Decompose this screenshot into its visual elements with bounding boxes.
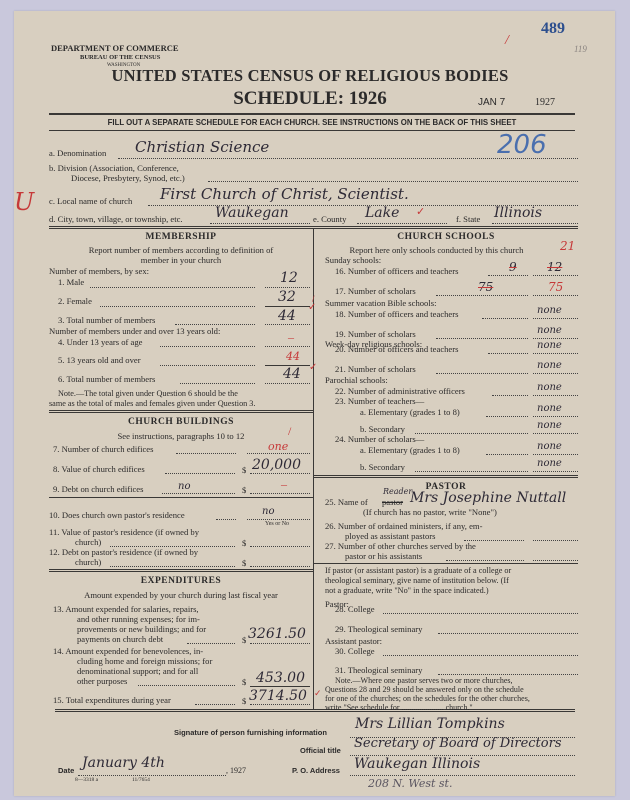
summer-schools-heading: Summer vacation Bible schools: bbox=[325, 298, 436, 308]
church-name-label: c. Local name of church bbox=[49, 196, 132, 206]
q21-leader bbox=[436, 373, 528, 374]
instruction-banner: FILL OUT A SEPARATE SCHEDULE FOR EACH CH… bbox=[70, 117, 554, 127]
q1-male-value[interactable]: 12 bbox=[280, 270, 298, 286]
q27-line[interactable] bbox=[533, 560, 578, 561]
q17-value[interactable]: 75 bbox=[548, 280, 563, 294]
q16-value[interactable]: 12 bbox=[547, 260, 562, 274]
q3-line bbox=[265, 324, 310, 325]
q19-line bbox=[533, 338, 578, 339]
q27-label-cont: pastor or his assistants bbox=[345, 551, 422, 561]
official-title-label: Official title bbox=[300, 746, 341, 755]
membership-title: MEMBERSHIP bbox=[49, 232, 313, 242]
q17-struck-value: 75 bbox=[478, 280, 493, 294]
state-line bbox=[492, 223, 578, 224]
church-name-value[interactable]: First Church of Christ, Scientist. bbox=[160, 185, 409, 203]
q6-leader bbox=[180, 383, 255, 384]
po-address-value[interactable]: Waukegan Illinois bbox=[354, 756, 480, 772]
q15-line bbox=[250, 704, 310, 705]
q10-leader bbox=[216, 519, 236, 520]
q23a-leader bbox=[486, 416, 528, 417]
q27-leader bbox=[446, 560, 524, 561]
section-rule-top bbox=[49, 226, 578, 227]
q25-label: 25. Name of bbox=[325, 497, 368, 507]
city-value[interactable]: Waukegan bbox=[215, 205, 289, 221]
q12-label-cont: church) bbox=[75, 557, 101, 567]
buildings-rule bbox=[49, 497, 313, 498]
schools-red-note: 21 bbox=[560, 239, 575, 253]
graduate-instructions: If pastor (or assistant pastor) is a gra… bbox=[325, 566, 511, 575]
q1-line bbox=[265, 287, 310, 288]
q22-line bbox=[533, 395, 578, 396]
schools-title: CHURCH SCHOOLS bbox=[314, 232, 578, 242]
q6-check-mark: ✓ bbox=[309, 362, 317, 373]
division-label: b. Division (Association, Conference, bbox=[49, 163, 179, 173]
q24b-label: b. Secondary bbox=[360, 462, 405, 472]
q24b-line bbox=[533, 471, 578, 472]
q24a-line bbox=[533, 454, 578, 455]
q14-label-3: denominational support; and for all bbox=[77, 666, 198, 676]
q15-leader bbox=[195, 704, 235, 705]
q4-under13-label: 4. Under 13 years of age bbox=[58, 337, 142, 347]
q23b-label: b. Secondary bbox=[360, 424, 405, 434]
q3-total-value[interactable]: 44 bbox=[278, 308, 296, 324]
q23-label: 23. Number of teachers— bbox=[335, 396, 424, 406]
q1-leader bbox=[90, 287, 255, 288]
q13-value[interactable]: 3261.50 bbox=[248, 626, 306, 642]
schools-rule2 bbox=[314, 477, 578, 478]
q24-label: 24. Number of scholars— bbox=[335, 434, 424, 444]
q24b-value[interactable]: none bbox=[537, 458, 562, 469]
schools-rule bbox=[314, 475, 578, 476]
q7-edifices-value[interactable]: one bbox=[268, 440, 288, 453]
q25-struck-word: pastor bbox=[382, 497, 403, 507]
q31-seminary-line[interactable] bbox=[438, 674, 578, 675]
q14-line bbox=[250, 686, 310, 687]
q16-struck-value: 9 bbox=[509, 260, 517, 274]
margin-check-mark: / bbox=[312, 294, 315, 304]
q13-label-3: provements or new buildings; and for bbox=[77, 624, 206, 634]
q14-dollar-sign: $ bbox=[242, 677, 246, 687]
official-title-value[interactable]: Secretary of Board of Directors bbox=[354, 736, 562, 751]
buildings-rule-bottom bbox=[49, 569, 313, 570]
department-name: DEPARTMENT OF COMMERCE bbox=[51, 43, 179, 53]
q11-label-cont: church) bbox=[75, 537, 101, 547]
received-stamp-date: JAN 7 bbox=[478, 97, 505, 108]
q17-label: 17. Number of scholars bbox=[335, 286, 416, 296]
pencil-note: 119 bbox=[574, 44, 587, 54]
schools-subtitle: Report here only schools conducted by th… bbox=[314, 245, 559, 255]
q8-leader bbox=[165, 473, 235, 474]
q11-line[interactable] bbox=[250, 546, 310, 547]
q23a-label: a. Elementary (grades 1 to 8) bbox=[360, 407, 460, 417]
form-number-stamp: 489 bbox=[541, 20, 565, 38]
q22-leader bbox=[492, 395, 528, 396]
q22-label: 22. Number of administrative officers bbox=[335, 386, 465, 396]
q6-line bbox=[265, 383, 310, 384]
graduate-instructions-2: theological seminary, give name of insti… bbox=[325, 576, 509, 585]
membership-rule bbox=[49, 410, 313, 411]
denomination-label: a. Denomination bbox=[49, 148, 106, 158]
q21-label: 21. Number of scholars bbox=[335, 364, 416, 374]
q4-line bbox=[265, 346, 310, 347]
q10-line bbox=[247, 519, 310, 520]
q9-leader bbox=[162, 493, 235, 494]
q25-inserted-word: Reader bbox=[383, 487, 412, 496]
q26-label: 26. Number of ordained ministers, if any… bbox=[325, 521, 482, 531]
q9-debt-note: no bbox=[178, 481, 190, 492]
q11-dollar-sign: $ bbox=[242, 538, 246, 548]
q8-value-label: 8. Value of church edifices bbox=[53, 464, 145, 474]
q14-label: 14. Amount expended for benevolences, in… bbox=[53, 646, 203, 656]
q17-line bbox=[533, 295, 578, 296]
pastor-note-2: Questions 28 and 29 should be answered o… bbox=[325, 685, 524, 694]
q24b-leader bbox=[415, 471, 528, 472]
q2-line bbox=[265, 306, 310, 307]
membership-subtitle: Report number of members according to de… bbox=[49, 245, 313, 255]
q13-line bbox=[250, 643, 310, 644]
q8-dollar-sign: $ bbox=[242, 465, 246, 475]
q5-13over-label: 5. 13 years old and over bbox=[58, 355, 141, 365]
membership-rule2 bbox=[49, 412, 313, 413]
po-address-line bbox=[350, 775, 575, 776]
q10-hint: Yes or No bbox=[265, 521, 289, 527]
q5-leader bbox=[160, 365, 255, 366]
q19-value[interactable]: none bbox=[537, 325, 562, 336]
q7-leader bbox=[176, 453, 236, 454]
membership-note: Note.—The total given under Question 6 s… bbox=[58, 389, 238, 398]
q25-hint: (If church has no pastor, write "None") bbox=[363, 507, 497, 517]
schedule-title: SCHEDULE: 1926 bbox=[160, 88, 460, 110]
parochial-schools-heading: Parochial schools: bbox=[325, 375, 388, 385]
q8-line bbox=[250, 473, 310, 474]
q7-line bbox=[247, 453, 310, 454]
q16-struck-line bbox=[488, 275, 528, 276]
pastor-note-4: write "See schedule for ................… bbox=[325, 703, 473, 712]
q14-label-2: cluding home and foreign missions; for bbox=[77, 656, 212, 666]
q13-label-2: and other running expenses; for im- bbox=[77, 614, 200, 624]
q27-label: 27. Number of other churches served by t… bbox=[325, 541, 476, 551]
document-title: UNITED STATES CENSUS OF RELIGIOUS BODIES bbox=[100, 66, 520, 86]
q2-female-value[interactable]: 32 bbox=[278, 289, 296, 305]
q12-label: 12. Debt on pastor's residence (if owned… bbox=[49, 547, 198, 557]
q26-label-cont: ployed as assistant pastors bbox=[345, 531, 435, 541]
q15-value[interactable]: 3714.50 bbox=[249, 688, 307, 704]
q31-label: 31. Theological seminary bbox=[335, 665, 422, 675]
q24a-leader bbox=[486, 454, 528, 455]
expenditures-title: EXPENDITURES bbox=[49, 576, 313, 586]
bureau-name: BUREAU OF THE CENSUS bbox=[80, 54, 160, 61]
assistant-pastor-heading: Assistant pastor: bbox=[325, 636, 382, 646]
graduate-instructions-3: not a graduate, write "No" in the space … bbox=[325, 586, 489, 595]
q2-female-label: 2. Female bbox=[58, 296, 92, 306]
membership-note-cont: same as the total of males and females g… bbox=[49, 399, 255, 408]
header-rule bbox=[49, 113, 575, 115]
q9-line bbox=[250, 493, 310, 494]
denomination-value[interactable]: Christian Science bbox=[135, 138, 269, 156]
q18-line bbox=[533, 318, 578, 319]
po-address-street[interactable]: 208 N. West st. bbox=[368, 777, 452, 790]
q24a-label: a. Elementary (grades 1 to 8) bbox=[360, 445, 460, 455]
q2-leader bbox=[100, 306, 255, 307]
buildings-title: CHURCH BUILDINGS bbox=[49, 417, 313, 427]
date-label: Date bbox=[58, 766, 74, 775]
q4-under13-value[interactable]: – bbox=[288, 330, 294, 345]
q20-line bbox=[533, 353, 578, 354]
members-by-sex-heading: Number of members, by sex: bbox=[49, 266, 149, 276]
q23b-line bbox=[533, 433, 578, 434]
expenditures-subtitle: Amount expended by your church during la… bbox=[49, 590, 313, 600]
pastor-note-check: ✓ bbox=[314, 688, 322, 699]
q20-leader bbox=[488, 353, 528, 354]
county-check-mark: ✓ bbox=[416, 205, 425, 218]
county-label: e. County bbox=[313, 214, 346, 224]
q15-dollar-sign: $ bbox=[242, 696, 246, 706]
buildings-rule-bottom2 bbox=[49, 571, 313, 572]
q24a-value[interactable]: none bbox=[537, 441, 562, 452]
received-stamp-year: 1927 bbox=[535, 97, 555, 108]
pastor-note-3: for one of the churches; on the schedule… bbox=[325, 694, 530, 703]
sunday-schools-heading: Sunday schools: bbox=[325, 255, 381, 265]
q29-seminary-line[interactable] bbox=[438, 633, 578, 634]
q16-line bbox=[533, 275, 578, 276]
signature-label: Signature of person furnishing informati… bbox=[174, 728, 327, 737]
membership-subtitle-cont: member in your church bbox=[49, 255, 313, 265]
q13-label: 13. Amount expended for salaries, repair… bbox=[53, 604, 199, 614]
q17-struck-line bbox=[436, 295, 528, 296]
q21-line bbox=[533, 373, 578, 374]
q4-leader bbox=[160, 346, 255, 347]
q9-dollar-sign: $ bbox=[242, 485, 246, 495]
q18-value[interactable]: none bbox=[537, 305, 562, 316]
q12-leader bbox=[110, 566, 235, 567]
signature-value[interactable]: Mrs Lillian Tompkins bbox=[355, 716, 505, 732]
q15-label: 15. Total expenditures during year bbox=[53, 695, 171, 705]
q3-total-label: 3. Total number of members bbox=[58, 315, 155, 325]
q30-college-line[interactable] bbox=[383, 655, 578, 656]
q28-label: 28. College bbox=[335, 604, 375, 614]
city-label: d. City, town, village, or township, etc… bbox=[49, 214, 183, 224]
red-check-mark: / bbox=[505, 33, 509, 49]
q9-debt-value[interactable]: – bbox=[281, 477, 287, 492]
q23b-value[interactable]: none bbox=[537, 420, 562, 431]
q26-line[interactable] bbox=[533, 540, 578, 541]
pastor-note: Note.—Where one pastor serves two or mor… bbox=[335, 676, 513, 685]
q18-leader bbox=[482, 318, 528, 319]
body-rule-bottom2 bbox=[55, 711, 575, 712]
q6-total-label: 6. Total number of members bbox=[58, 374, 155, 384]
q14-leader bbox=[138, 685, 235, 686]
q1-male-label: 1. Male bbox=[58, 277, 84, 287]
denomination-code: 206 bbox=[497, 130, 547, 160]
q23a-value[interactable]: none bbox=[537, 403, 562, 414]
county-value[interactable]: Lake bbox=[365, 205, 399, 221]
q20-label: 20. Number of officers and teachers bbox=[335, 344, 458, 354]
q16-label: 16. Number of officers and teachers bbox=[335, 266, 458, 276]
q12-dollar-sign: $ bbox=[242, 558, 246, 568]
date-value[interactable]: January 4th bbox=[82, 755, 165, 771]
q25-pastor-name[interactable]: Mrs Josephine Nuttall bbox=[410, 490, 566, 506]
body-rule-bottom bbox=[55, 709, 575, 710]
q3-leader bbox=[175, 324, 255, 325]
q6-total-value[interactable]: 44 bbox=[283, 366, 301, 382]
print-code: 8—3318 a bbox=[75, 777, 98, 783]
q18-label: 18. Number of officers and teachers bbox=[335, 309, 458, 319]
q21-value[interactable]: none bbox=[537, 360, 562, 371]
division-label-cont: Diocese, Presbytery, Synod, etc.) bbox=[71, 173, 185, 183]
county-line bbox=[357, 223, 447, 224]
state-label: f. State bbox=[456, 214, 480, 224]
q30-label: 30. College bbox=[335, 646, 375, 656]
q29-label: 29. Theological seminary bbox=[335, 624, 422, 634]
age-heading: Number of members under and over 13 year… bbox=[49, 326, 220, 336]
q23b-leader bbox=[415, 433, 528, 434]
q5-13over-value[interactable]: 44 bbox=[286, 350, 300, 363]
q22-value[interactable]: none bbox=[537, 382, 562, 393]
q10-residence-label: 10. Does church own pastor's residence bbox=[49, 510, 185, 520]
q14-label-4: other purposes bbox=[77, 676, 127, 686]
q10-residence-value[interactable]: no bbox=[262, 506, 274, 517]
city-line bbox=[210, 223, 310, 224]
q13-leader bbox=[187, 643, 235, 644]
q12-line[interactable] bbox=[250, 566, 310, 567]
print-code-2: 11/7654 bbox=[132, 777, 150, 783]
q8-value[interactable]: 20,000 bbox=[252, 457, 301, 473]
division-line[interactable] bbox=[208, 181, 578, 182]
date-year: , 1927 bbox=[226, 766, 246, 775]
q19-leader bbox=[436, 338, 528, 339]
state-value[interactable]: Illinois bbox=[494, 205, 542, 221]
q13-label-4: payments on church debt bbox=[77, 634, 163, 644]
q23a-line bbox=[533, 416, 578, 417]
q28-college-line[interactable] bbox=[383, 613, 578, 614]
q7-edifices-label: 7. Number of church edifices bbox=[53, 444, 153, 454]
buildings-red-mark: / bbox=[288, 424, 291, 439]
q13-dollar-sign: $ bbox=[242, 635, 246, 645]
q19-label: 19. Number of scholars bbox=[335, 329, 416, 339]
q20-value[interactable]: none bbox=[537, 340, 562, 351]
q9-debt-label: 9. Debt on church edifices bbox=[53, 484, 143, 494]
po-address-label: P. O. Address bbox=[292, 766, 340, 775]
margin-red-mark: U bbox=[14, 188, 34, 216]
q11-label: 11. Value of pastor's residence (if owne… bbox=[49, 527, 199, 537]
pastor-rule bbox=[314, 563, 578, 564]
q14-value[interactable]: 453.00 bbox=[256, 670, 305, 686]
date-line bbox=[78, 775, 226, 776]
